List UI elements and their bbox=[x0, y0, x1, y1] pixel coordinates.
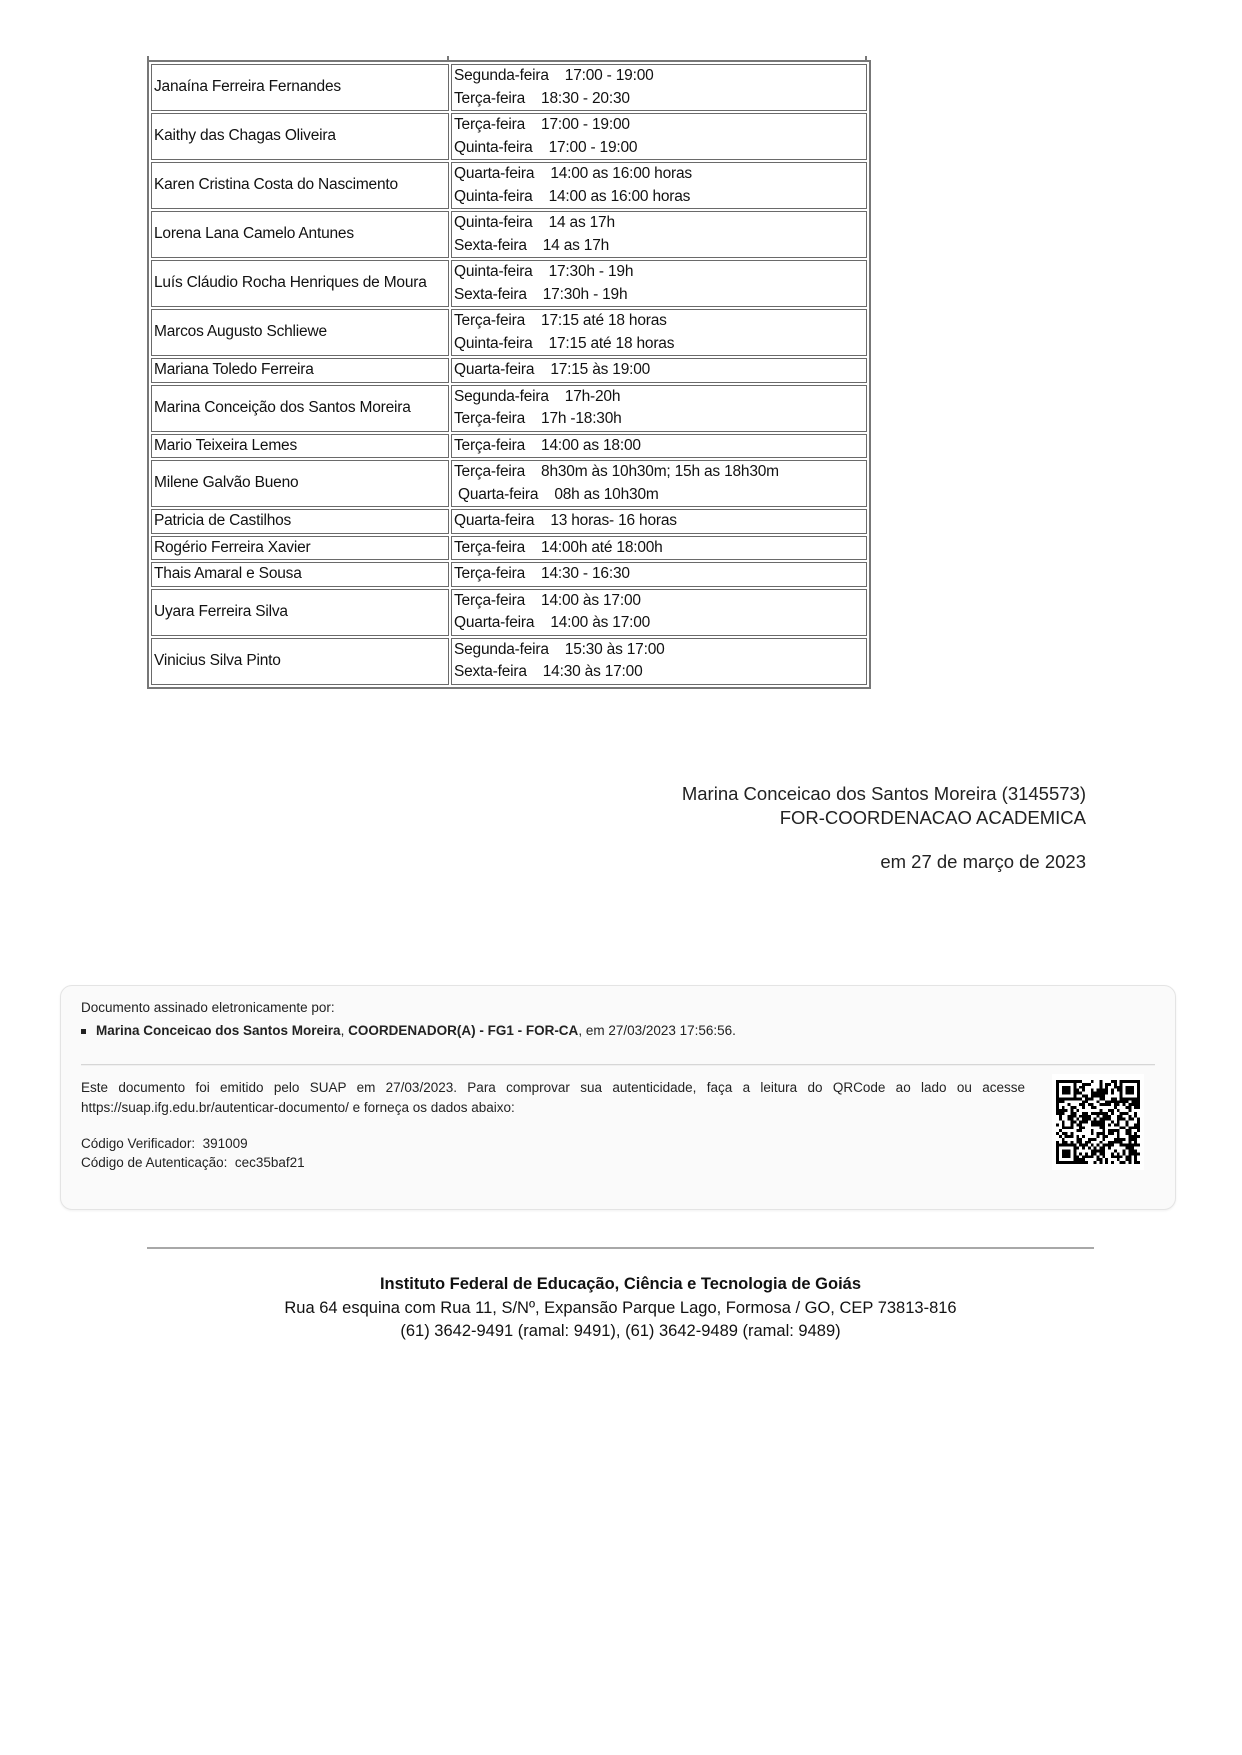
verifier-code-label: Código Verificador: bbox=[81, 1136, 195, 1151]
time-range: 17:30h - 19h bbox=[549, 263, 634, 280]
footer-institution: Instituto Federal de Educação, Ciência e… bbox=[147, 1273, 1094, 1297]
time-slot: Sexta-feira14:30 às 17:00 bbox=[454, 661, 864, 684]
time-range: 14:30 - 16:30 bbox=[541, 565, 630, 582]
table-row: Uyara Ferreira SilvaTerça-feira14:00 às … bbox=[151, 589, 867, 636]
table-row: Janaína Ferreira FernandesSegunda-feira1… bbox=[151, 64, 867, 111]
weekday: Quarta-feira bbox=[454, 614, 534, 631]
weekday: Quinta-feira bbox=[454, 139, 533, 156]
time-range: 17:00 - 19:00 bbox=[541, 116, 630, 133]
person-name: Luís Cláudio Rocha Henriques de Moura bbox=[151, 260, 449, 307]
time-slot: Terça-feira17h -18:30h bbox=[454, 408, 864, 431]
time-slot: Terça-feira14:30 - 16:30 bbox=[454, 563, 864, 586]
office-hours: Segunda-feira15:30 às 17:00Sexta-feira14… bbox=[451, 638, 867, 685]
weekday: Quinta-feira bbox=[454, 263, 533, 280]
person-name: Janaína Ferreira Fernandes bbox=[151, 64, 449, 111]
time-slot: Segunda-feira17h-20h bbox=[454, 386, 864, 409]
table-row: Marcos Augusto SchlieweTerça-feira17:15 … bbox=[151, 309, 867, 356]
office-hours: Terça-feira14:00 às 17:00Quarta-feira14:… bbox=[451, 589, 867, 636]
esig-signer: Marina Conceicao dos Santos Moreira, COO… bbox=[81, 1023, 736, 1038]
table-row: Mario Teixeira LemesTerça-feira14:00 as … bbox=[151, 434, 867, 459]
esig-signer-datetime: , em 27/03/2023 17:56:56. bbox=[578, 1023, 736, 1038]
office-hours: Terça-feira14:30 - 16:30 bbox=[451, 562, 867, 587]
verifier-code-value: 391009 bbox=[203, 1136, 248, 1151]
esig-heading: Documento assinado eletronicamente por: bbox=[81, 1000, 335, 1015]
person-name: Uyara Ferreira Silva bbox=[151, 589, 449, 636]
auth-code-value: cec35baf21 bbox=[235, 1155, 305, 1170]
footer-phones: (61) 3642-9491 (ramal: 9491), (61) 3642-… bbox=[147, 1320, 1094, 1344]
weekday: Quarta-feira bbox=[454, 165, 534, 182]
person-name: Lorena Lana Camelo Antunes bbox=[151, 211, 449, 258]
weekday: Quinta-feira bbox=[454, 214, 533, 231]
esig-signer-role: COORDENADOR(A) - FG1 - FOR-CA bbox=[348, 1023, 578, 1038]
weekday: Sexta-feira bbox=[454, 237, 527, 254]
table-row: Thais Amaral e SousaTerça-feira14:30 - 1… bbox=[151, 562, 867, 587]
office-hours: Terça-feira14:00h até 18:00h bbox=[451, 536, 867, 561]
table-row: Vinicius Silva PintoSegunda-feira15:30 à… bbox=[151, 638, 867, 685]
weekday: Terça-feira bbox=[454, 463, 525, 480]
schedule-table: Janaína Ferreira FernandesSegunda-feira1… bbox=[149, 62, 869, 687]
time-range: 14 as 17h bbox=[543, 237, 609, 254]
person-name: Karen Cristina Costa do Nascimento bbox=[151, 162, 449, 209]
time-slot: Quinta-feira14:00 as 16:00 horas bbox=[454, 186, 864, 209]
office-hours: Terça-feira17:00 - 19:00Quinta-feira17:0… bbox=[451, 113, 867, 160]
weekday: Terça-feira bbox=[454, 539, 525, 556]
signature-block: Marina Conceicao dos Santos Moreira (314… bbox=[682, 782, 1086, 874]
weekday: Terça-feira bbox=[454, 437, 525, 454]
time-range: 14 as 17h bbox=[549, 214, 615, 231]
office-hours-table: Janaína Ferreira FernandesSegunda-feira1… bbox=[147, 60, 871, 689]
person-name: Patricia de Castilhos bbox=[151, 509, 449, 534]
time-slot: Quarta-feira13 horas- 16 horas bbox=[454, 510, 864, 533]
esig-emit-text: Este documento foi emitido pelo SUAP em … bbox=[81, 1078, 1025, 1118]
footer: Instituto Federal de Educação, Ciência e… bbox=[147, 1273, 1094, 1344]
time-slot: Sexta-feira17:30h - 19h bbox=[454, 284, 864, 307]
office-hours: Terça-feira8h30m às 10h30m; 15h as 18h30… bbox=[451, 460, 867, 507]
person-name: Mario Teixeira Lemes bbox=[151, 434, 449, 459]
weekday: Terça-feira bbox=[454, 312, 525, 329]
qr-code-icon bbox=[1052, 1074, 1144, 1170]
time-range: 15:30 às 17:00 bbox=[565, 641, 665, 658]
table-row: Patricia de CastilhosQuarta-feira13 hora… bbox=[151, 509, 867, 534]
footer-divider bbox=[147, 1247, 1094, 1249]
time-range: 17:15 até 18 horas bbox=[549, 335, 675, 352]
bullet-icon bbox=[81, 1029, 86, 1034]
signature-date: em 27 de março de 2023 bbox=[682, 850, 1086, 874]
person-name: Thais Amaral e Sousa bbox=[151, 562, 449, 587]
time-range: 17:00 - 19:00 bbox=[565, 67, 654, 84]
time-slot: Terça-feira8h30m às 10h30m; 15h as 18h30… bbox=[454, 461, 864, 484]
person-name: Milene Galvão Bueno bbox=[151, 460, 449, 507]
person-name: Marina Conceição dos Santos Moreira bbox=[151, 385, 449, 432]
weekday: Sexta-feira bbox=[454, 286, 527, 303]
table-row: Rogério Ferreira XavierTerça-feira14:00h… bbox=[151, 536, 867, 561]
time-range: 13 horas- 16 horas bbox=[550, 512, 677, 529]
time-range: 14:00 as 18:00 bbox=[541, 437, 641, 454]
weekday: Terça-feira bbox=[454, 116, 525, 133]
time-slot: Terça-feira17:00 - 19:00 bbox=[454, 114, 864, 137]
time-range: 17h-20h bbox=[565, 388, 620, 405]
time-range: 17:30h - 19h bbox=[543, 286, 628, 303]
time-range: 14:00 as 16:00 horas bbox=[550, 165, 692, 182]
time-slot: Quarta-feira17:15 às 19:00 bbox=[454, 359, 864, 382]
table-row: Mariana Toledo FerreiraQuarta-feira17:15… bbox=[151, 358, 867, 383]
esig-divider bbox=[81, 1064, 1155, 1066]
time-range: 14:00h até 18:00h bbox=[541, 539, 663, 556]
time-slot: Segunda-feira17:00 - 19:00 bbox=[454, 65, 864, 88]
esig-sep: , bbox=[341, 1023, 349, 1038]
time-slot: Quarta-feira08h as 10h30m bbox=[454, 484, 864, 507]
verifier-code-line: Código Verificador: 391009 bbox=[81, 1134, 305, 1153]
time-slot: Quinta-feira17:00 - 19:00 bbox=[454, 137, 864, 160]
weekday: Quinta-feira bbox=[454, 335, 533, 352]
office-hours: Quarta-feira13 horas- 16 horas bbox=[451, 509, 867, 534]
weekday: Terça-feira bbox=[454, 565, 525, 582]
weekday: Quinta-feira bbox=[454, 188, 533, 205]
weekday: Quarta-feira bbox=[454, 512, 534, 529]
table-row: Karen Cristina Costa do NascimentoQuarta… bbox=[151, 162, 867, 209]
time-slot: Terça-feira14:00 às 17:00 bbox=[454, 590, 864, 613]
table-row: Luís Cláudio Rocha Henriques de MouraQui… bbox=[151, 260, 867, 307]
person-name: Kaithy das Chagas Oliveira bbox=[151, 113, 449, 160]
weekday: Terça-feira bbox=[454, 90, 525, 107]
office-hours: Terça-feira14:00 as 18:00 bbox=[451, 434, 867, 459]
time-range: 14:00 às 17:00 bbox=[550, 614, 650, 631]
auth-code-line: Código de Autenticação: cec35baf21 bbox=[81, 1153, 305, 1172]
time-range: 18:30 - 20:30 bbox=[541, 90, 630, 107]
time-range: 08h as 10h30m bbox=[554, 486, 658, 503]
time-range: 17:15 às 19:00 bbox=[550, 361, 650, 378]
time-slot: Quinta-feira17:15 até 18 horas bbox=[454, 333, 864, 356]
weekday: Segunda-feira bbox=[454, 641, 549, 658]
table-row: Milene Galvão BuenoTerça-feira8h30m às 1… bbox=[151, 460, 867, 507]
office-hours: Segunda-feira17h-20hTerça-feira17h -18:3… bbox=[451, 385, 867, 432]
weekday: Quarta-feira bbox=[458, 486, 538, 503]
table-row: Lorena Lana Camelo AntunesQuinta-feira14… bbox=[151, 211, 867, 258]
time-slot: Quinta-feira17:30h - 19h bbox=[454, 261, 864, 284]
time-slot: Sexta-feira14 as 17h bbox=[454, 235, 864, 258]
time-range: 14:00 às 17:00 bbox=[541, 592, 641, 609]
signer-name-line: Marina Conceicao dos Santos Moreira (314… bbox=[682, 782, 1086, 806]
person-name: Rogério Ferreira Xavier bbox=[151, 536, 449, 561]
time-range: 14:00 as 16:00 horas bbox=[549, 188, 691, 205]
weekday: Segunda-feira bbox=[454, 388, 549, 405]
footer-address: Rua 64 esquina com Rua 11, S/Nº, Expansã… bbox=[147, 1297, 1094, 1321]
weekday: Quarta-feira bbox=[454, 361, 534, 378]
time-slot: Terça-feira18:30 - 20:30 bbox=[454, 88, 864, 111]
signer-unit-line: FOR-COORDENACAO ACADEMICA bbox=[682, 806, 1086, 830]
time-range: 8h30m às 10h30m; 15h as 18h30m bbox=[541, 463, 779, 480]
person-name: Marcos Augusto Schliewe bbox=[151, 309, 449, 356]
time-slot: Quarta-feira14:00 as 16:00 horas bbox=[454, 163, 864, 186]
weekday: Terça-feira bbox=[454, 410, 525, 427]
office-hours: Quarta-feira17:15 às 19:00 bbox=[451, 358, 867, 383]
time-slot: Terça-feira17:15 até 18 horas bbox=[454, 310, 864, 333]
time-slot: Terça-feira14:00 as 18:00 bbox=[454, 435, 864, 458]
person-name: Vinicius Silva Pinto bbox=[151, 638, 449, 685]
office-hours: Terça-feira17:15 até 18 horasQuinta-feir… bbox=[451, 309, 867, 356]
time-range: 17:15 até 18 horas bbox=[541, 312, 667, 329]
weekday: Sexta-feira bbox=[454, 663, 527, 680]
table-row: Marina Conceição dos Santos MoreiraSegun… bbox=[151, 385, 867, 432]
esig-codes: Código Verificador: 391009 Código de Aut… bbox=[81, 1134, 305, 1172]
electronic-signature-box: Documento assinado eletronicamente por: … bbox=[60, 985, 1176, 1210]
office-hours: Quarta-feira14:00 as 16:00 horasQuinta-f… bbox=[451, 162, 867, 209]
time-range: 17h -18:30h bbox=[541, 410, 622, 427]
time-slot: Segunda-feira15:30 às 17:00 bbox=[454, 639, 864, 662]
person-name: Mariana Toledo Ferreira bbox=[151, 358, 449, 383]
table-row: Kaithy das Chagas OliveiraTerça-feira17:… bbox=[151, 113, 867, 160]
esig-signer-name: Marina Conceicao dos Santos Moreira bbox=[96, 1023, 341, 1038]
time-slot: Quarta-feira14:00 às 17:00 bbox=[454, 612, 864, 635]
weekday: Terça-feira bbox=[454, 592, 525, 609]
office-hours: Quinta-feira14 as 17hSexta-feira14 as 17… bbox=[451, 211, 867, 258]
time-slot: Terça-feira14:00h até 18:00h bbox=[454, 537, 864, 560]
time-range: 17:00 - 19:00 bbox=[549, 139, 638, 156]
time-slot: Quinta-feira14 as 17h bbox=[454, 212, 864, 235]
time-range: 14:30 às 17:00 bbox=[543, 663, 643, 680]
office-hours: Segunda-feira17:00 - 19:00Terça-feira18:… bbox=[451, 64, 867, 111]
office-hours: Quinta-feira17:30h - 19hSexta-feira17:30… bbox=[451, 260, 867, 307]
weekday: Segunda-feira bbox=[454, 67, 549, 84]
auth-code-label: Código de Autenticação: bbox=[81, 1155, 227, 1170]
